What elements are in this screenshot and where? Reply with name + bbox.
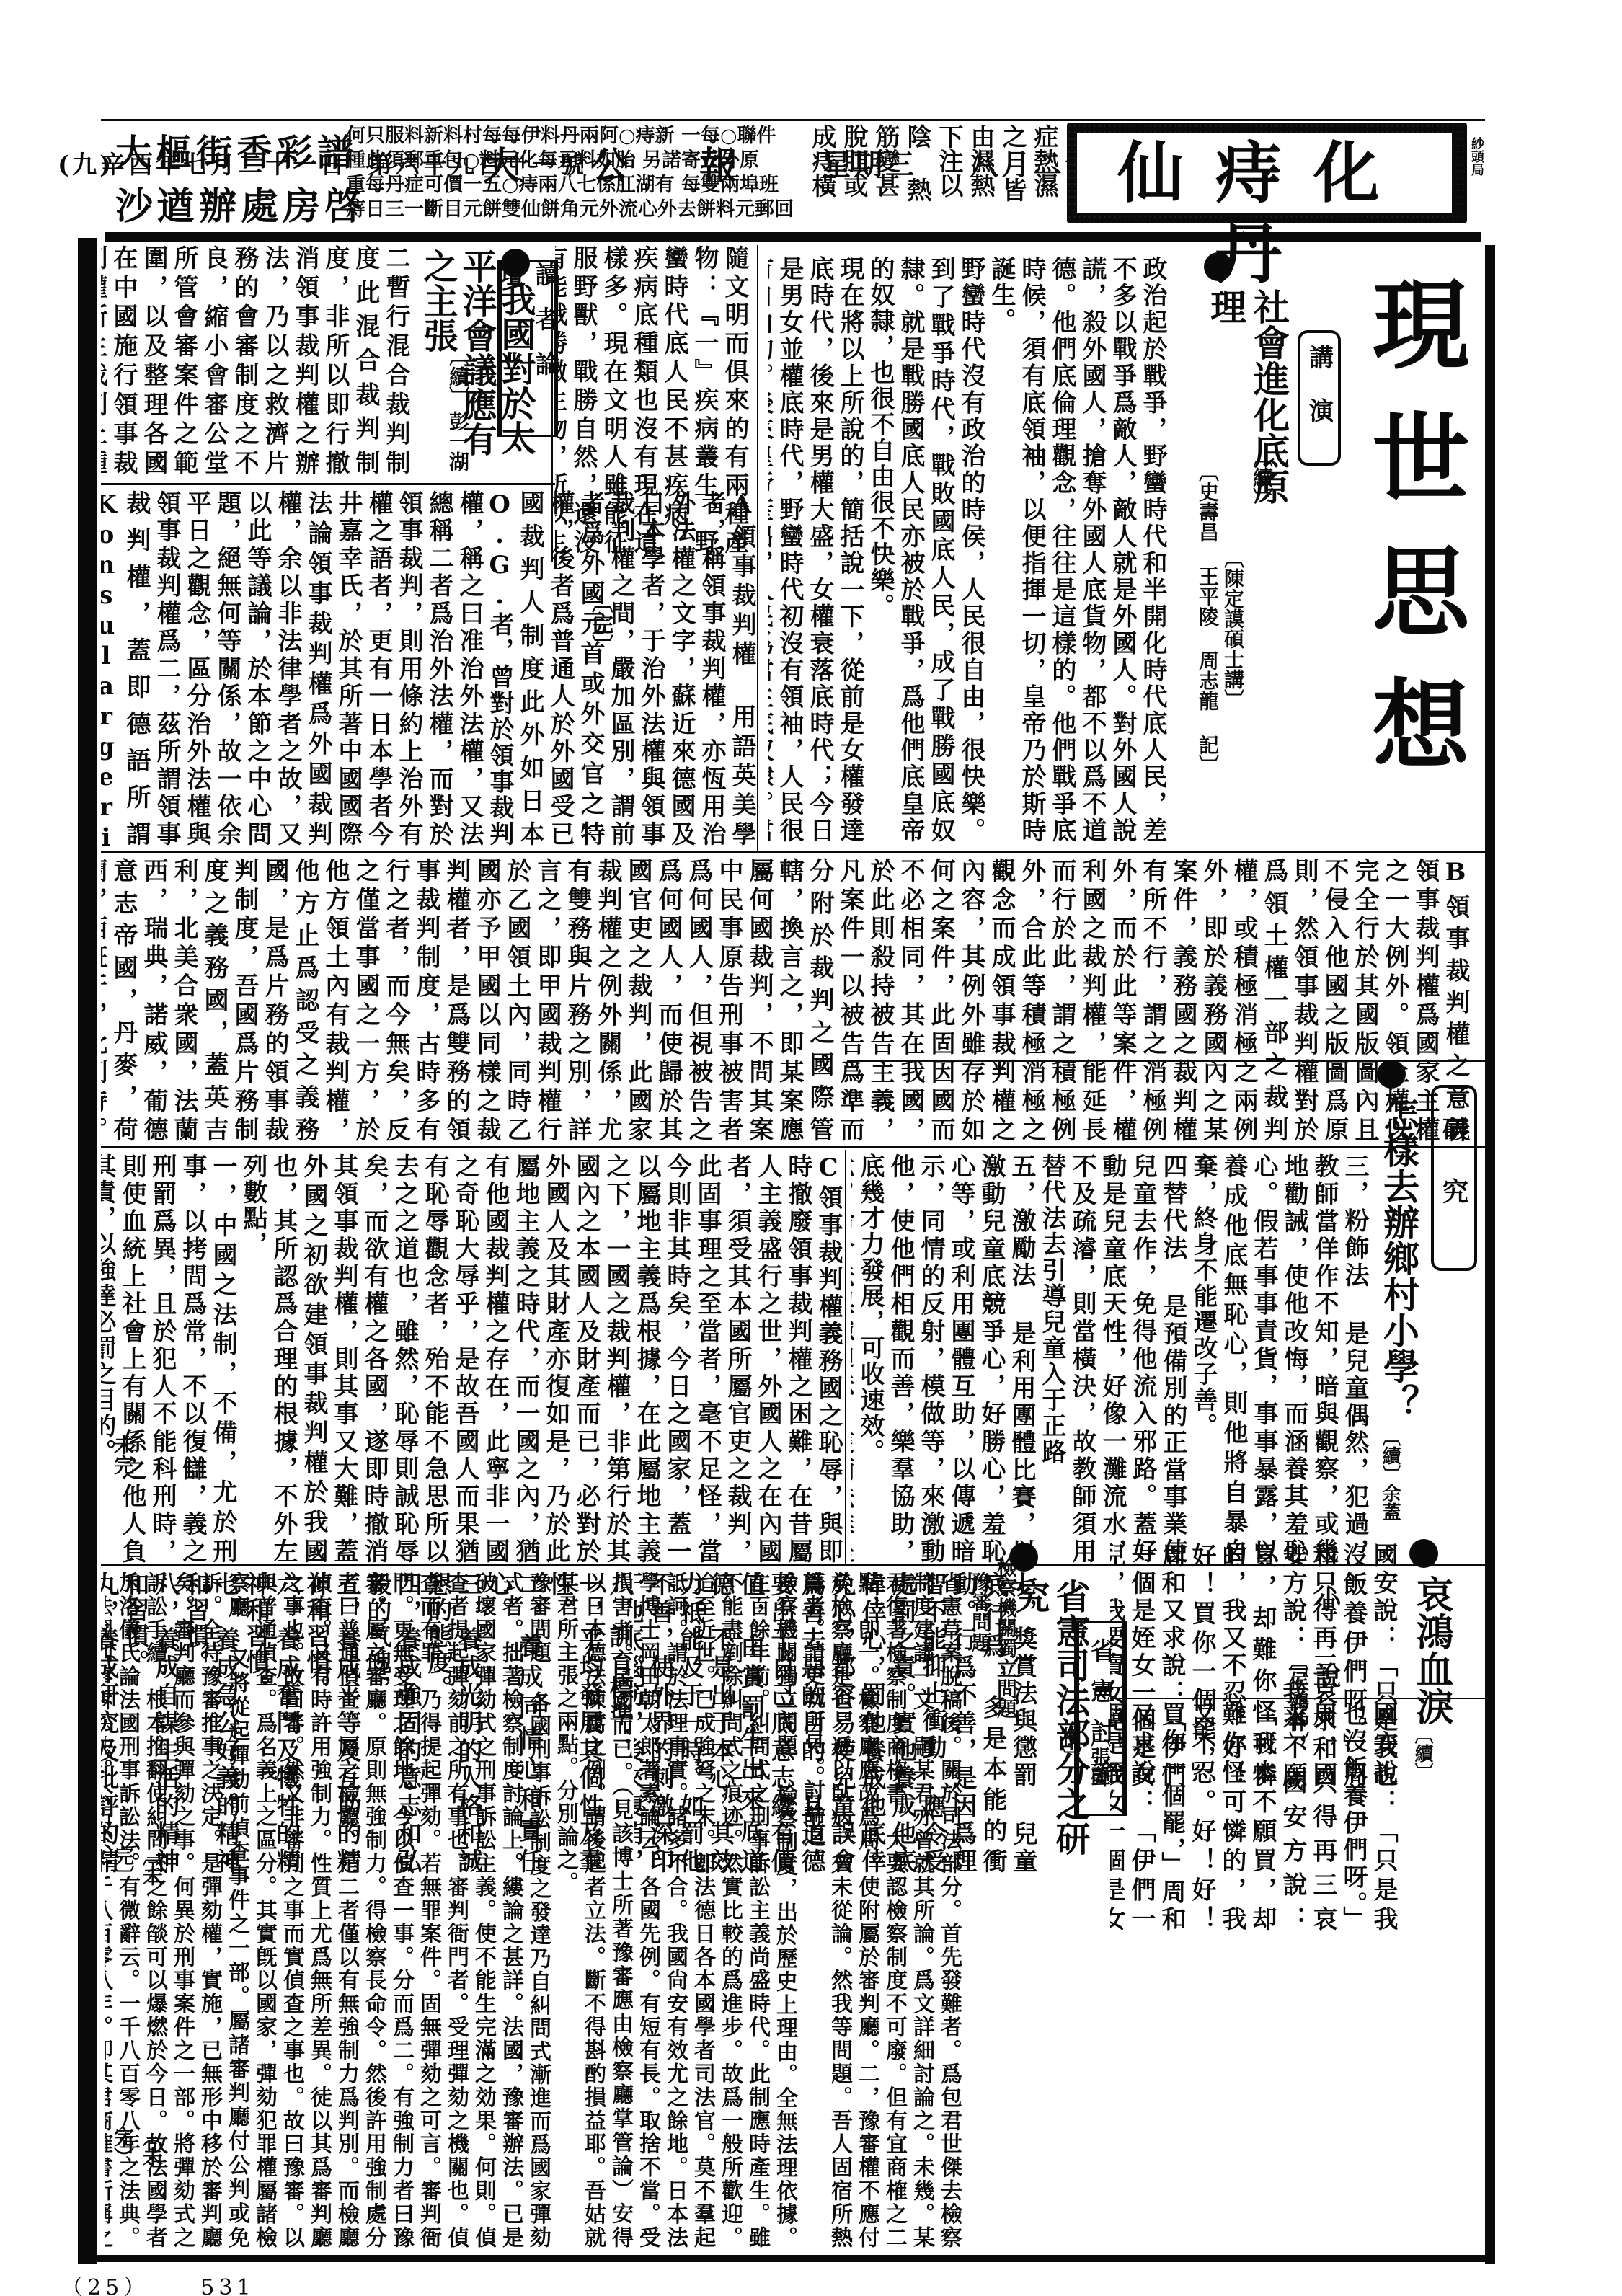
article-title: 我國對於太平洋會議應有之主張: [418, 249, 535, 487]
column-rule: [845, 1150, 846, 1564]
article-shehui-heading: 社會進化底原理: [1204, 252, 1254, 469]
article-forum-body-top: 二暫行混合裁判制度此混合裁判制度，非所以即行撤消領事裁判權之辦法，乃以之救濟片務…: [101, 245, 411, 476]
section-xianshi-recorders: 〔史壽昌 王平陵 周志龍 記〕: [1193, 461, 1222, 836]
article-forum-author: 彭一湖: [443, 411, 472, 483]
page-bottom-rule: [79, 2255, 1492, 2262]
article-discussion-author: 〔張聲樹〕: [1056, 1727, 1114, 1813]
ad-left-copy: 何只服料新料村每每伊料丹兩阿○痔新 一每○聯件 種此須郵重包○料元化每元料如胎 …: [346, 124, 807, 225]
column-rule: [757, 245, 758, 851]
masthead-sheet-number: (九): [58, 144, 114, 180]
bullet-icon: [501, 249, 530, 278]
page-number: 531: [200, 2275, 254, 2296]
article-title: 哀鴻血淚: [1409, 1575, 1453, 1725]
ad-title: 化痔仙丹: [1077, 133, 1452, 213]
article-shehui-body: 政治起於戰爭，野蠻時代和半開化時代底人民，差不多以戰爭爲敵人，敵人就是外國人。對…: [768, 256, 1168, 843]
band-rule: [101, 1146, 1485, 1148]
section-xianshi-lecturer: 〔陳定謨碩士講〕: [1218, 548, 1247, 764]
section-xianshi-tag: 講演: [1298, 330, 1341, 466]
ad-left-title-bottom: 啓房處辦遒沙: [115, 176, 366, 230]
page-marker: （25）: [61, 2275, 149, 2296]
ad-band-bottom-rule: [105, 232, 1481, 242]
article-discussion-subheading-2: 豫審問題: [966, 1572, 995, 1652]
ad-left-title-top: 譜彩香街樞大: [115, 124, 358, 176]
ad-title-inner: 化痔仙丹: [1077, 133, 1452, 213]
ad-title-text: 化痔仙丹: [1077, 133, 1452, 213]
band-rule: [847, 1060, 1489, 1062]
band-rule: [101, 851, 1485, 853]
masthead: 中華民國十年 八月二十四日 星期三 大 公 報 第六千九百十一號 辛酉年七月二十…: [101, 68, 1485, 119]
bullet-icon: [1377, 1060, 1406, 1089]
article-novel-heading: 哀鴻血淚 〔續〕: [1409, 1539, 1467, 1827]
article-discussion-end: （未完）: [108, 2127, 166, 2184]
article-research-author: 〔續〕余蓋: [1377, 1427, 1404, 1521]
article-forum-end: 未完: [108, 1435, 137, 1492]
article-forum-body-band3: C領事裁判權義務國之恥辱，與即時撤廢領事裁判權之困難，在昔屬人主義盛行之世，外國…: [101, 1153, 843, 1564]
page-footer: （25） 531: [61, 2269, 255, 2296]
article-novel-continued: 〔續〕: [1409, 1725, 1436, 1781]
bullet-icon: [1204, 252, 1233, 281]
article-research-heading: 怎樣去辦鄉村小學？ 〔續〕余蓋: [1377, 1060, 1427, 1492]
ad-right-copy: 症熱濕之 皆由濕熱下注以陰 熱筋變甚脫肛或成痔橫 或淋化不仙肚癱或成瘻 痔漏痛苦…: [811, 124, 1060, 221]
section-research-tag: 研究: [1431, 1085, 1477, 1271]
article-title: 省憲司法部分之研究: [1009, 1579, 1090, 1867]
article-discussion-subheading-1: 檢察機關獨立問題: [991, 1557, 1020, 1719]
ad-huazhi-xiandan: 化痔仙丹 紗頭局: [1067, 123, 1485, 227]
article-forum-continued: 〔續〕: [443, 346, 472, 396]
ad-left: 譜彩香街樞大 啓房處辦遒沙 何只服料新料村每每伊料丹兩阿○痔新 一每○聯件 種此…: [115, 124, 807, 225]
article-forum-body-band2: B領事裁判權之意義 領事裁判權爲國家主權之一大例外。領土權以完全行於其國版圖內且…: [101, 858, 1471, 1143]
article-title: 怎樣去辦鄉村小學？: [1377, 1096, 1420, 1420]
article-novel-body-cont: 國安說：「只是我也沒飯養伊們呀。」周和只得再三哀求，國安方說：「我本不願買，却難…: [1110, 1701, 1399, 1932]
page-left-border: [78, 238, 97, 2264]
band-rule: [101, 483, 555, 485]
masthead-rule: [101, 119, 1485, 121]
ad-side-note: 紗頭局: [1467, 137, 1484, 216]
section-xianshi-title: 現世思想: [1355, 274, 1471, 815]
article-research-body: 三，粉飾法 是兒童偶然，犯過，教師當佯作不知，暗與觀察，或幾地勸誡，使他改悔，而…: [851, 1153, 1370, 1564]
article-discussion-body: 省憲草案脫稿後。關於司法部分。首先發難者。爲包君世傑去檢察制度建議一文。嗣某君亦…: [105, 1572, 962, 2249]
article-forum-body-mid: A領事裁判權 用語英美學者，稱領事裁判權，亦恆用治外法權之文字，蘇近來德國及日本…: [101, 490, 757, 847]
section-xianshi-title-text: 現世思想: [1355, 274, 1471, 807]
band-rule: [1110, 1698, 1489, 1699]
article-title: 社會進化底原理: [1204, 288, 1290, 505]
bullet-icon: [1409, 1539, 1438, 1568]
page-right-border: [1485, 245, 1495, 2264]
